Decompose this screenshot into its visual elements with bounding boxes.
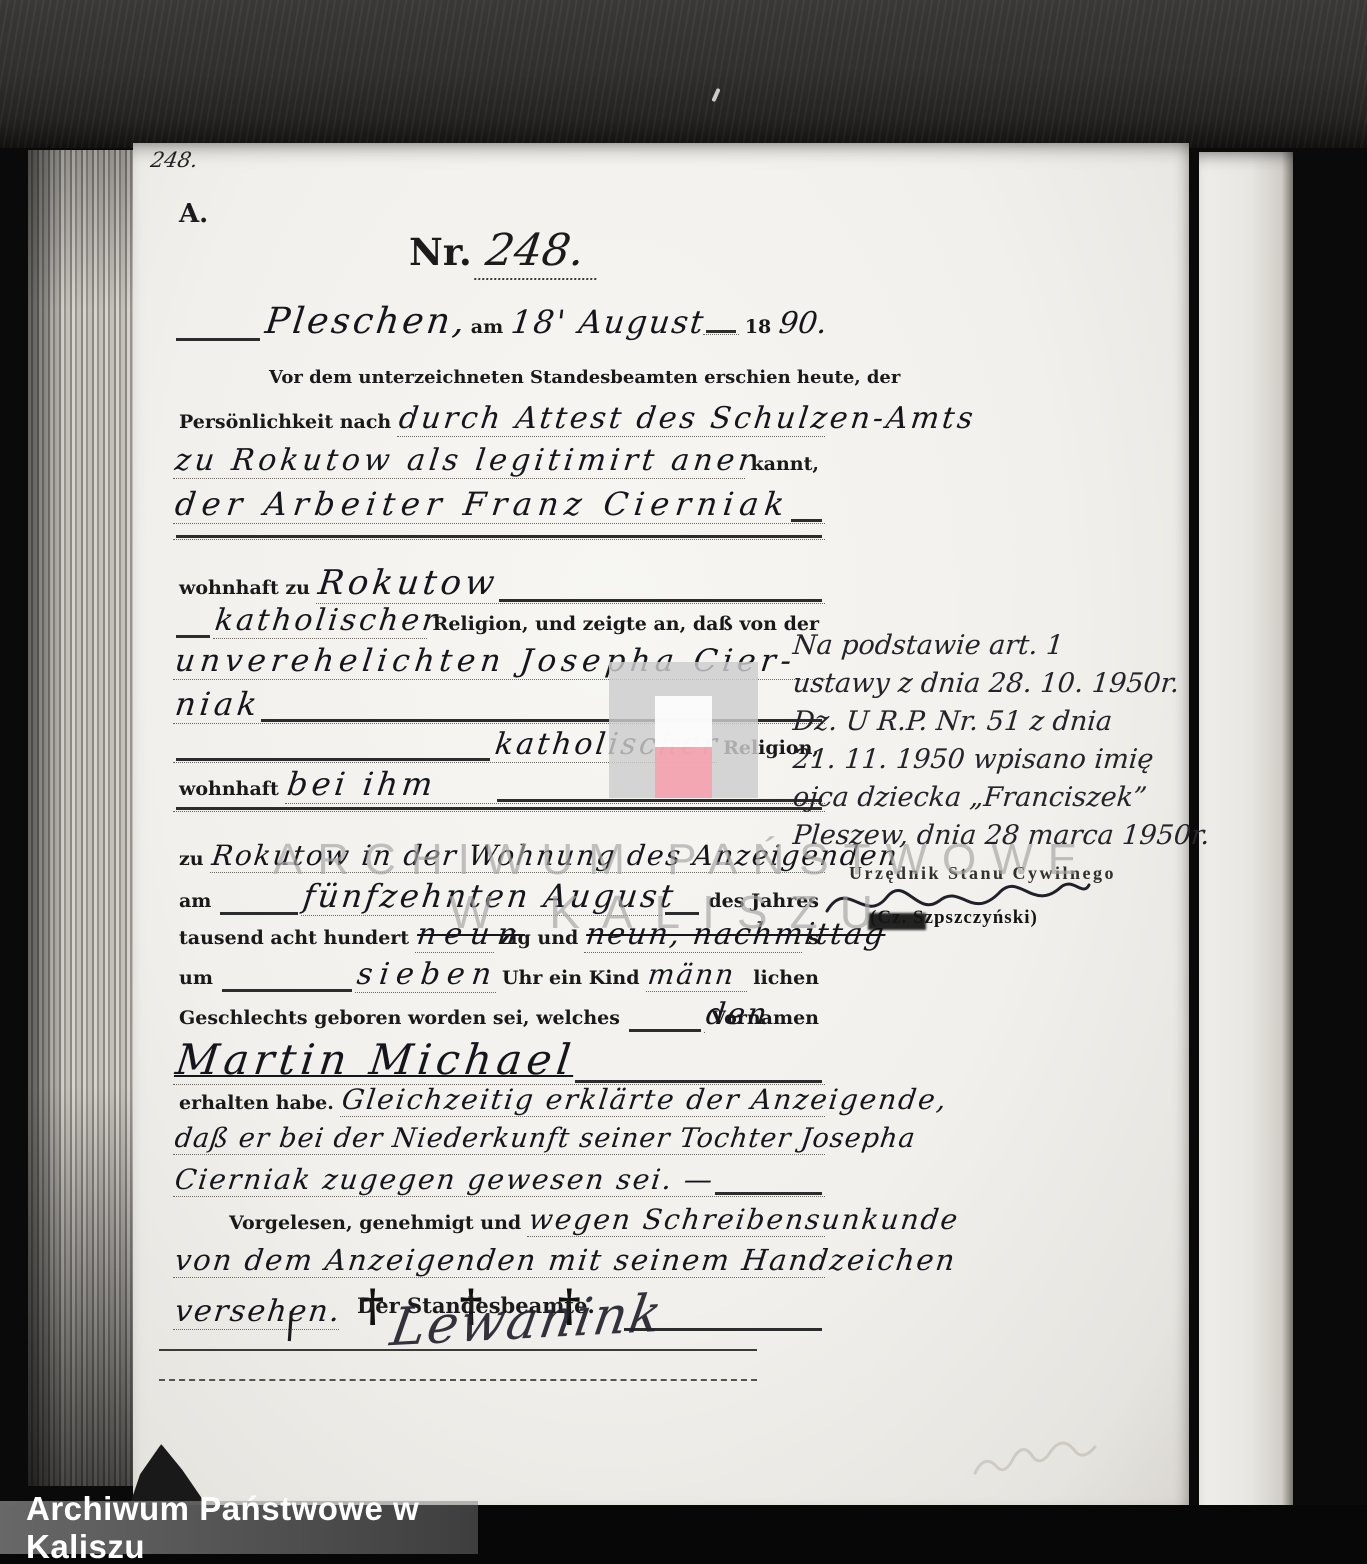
form-line-religion-1: katholischer Religion, und zeigte an, da…	[173, 603, 825, 639]
archival-photo: 248. A. Nr. 248. Pleschen, am 18' August…	[0, 0, 1367, 1564]
printed-year-18: 18	[745, 316, 771, 338]
watermark-text-line-2: W KALISZU	[449, 885, 895, 939]
printed-kannt: kannt,	[751, 453, 820, 475]
printed-zu: zu	[179, 848, 204, 870]
form-line-identity-2: zu Rokutow als legitimirt aner kannt,	[173, 443, 825, 479]
handwritten-received: Gleichzeitig erklärte der Anzeigende,	[340, 1083, 950, 1116]
official-name-stamp: (Cz. Szpszczyński)	[870, 907, 1038, 929]
form-line-intro: Vor dem unterzeichneten Standesbeamten e…	[263, 367, 915, 388]
handwritten-place: Pleschen,	[263, 301, 470, 342]
printed-residence-label: wohnhaft zu	[179, 577, 310, 599]
annotation-line: ustawy z dnia 28. 10. 1950r.	[791, 665, 1194, 703]
printed-erhalten-habe: erhalten habe.	[179, 1092, 334, 1114]
handwritten-hour: sieben	[355, 957, 500, 992]
form-line-blank-2	[173, 805, 825, 812]
blank-rule	[222, 987, 352, 992]
handwritten-declaration-2: daß er bei der Niederkunft seiner Tochte…	[173, 1123, 917, 1154]
annotation-line: Dz. U R.P. Nr. 51 z dnia	[791, 703, 1194, 741]
nr-label: Nr.	[409, 230, 472, 274]
form-line-identity: Persönlichkeit nach durch Attest des Sch…	[173, 401, 825, 437]
handwritten-religion-1: katholischer	[213, 603, 442, 638]
form-line-closing-2: von dem Anzeigenden mit seinem Handzeich…	[173, 1243, 825, 1278]
handwritten-den: den	[704, 997, 771, 1032]
form-line-declarant: der Arbeiter Franz Cierniak	[173, 485, 825, 524]
blank-rule	[176, 756, 490, 761]
archive-caption-text: Archiwum Państwowe w Kaliszu	[26, 1490, 478, 1564]
stray-pen-tick: |	[284, 1307, 297, 1343]
printed-residence-2-label: wohnhaft	[179, 778, 279, 800]
printed-am-2: am	[179, 890, 211, 912]
handwritten-identity: durch Attest des Schulzen-Amts	[397, 401, 978, 436]
handwritten-mother-2: niak	[173, 685, 263, 723]
handwritten-identity-2: zu Rokutow als legitimirt aner	[173, 443, 759, 478]
annotation-line: 21. 11. 1950 wpisano imię	[791, 741, 1194, 779]
printed-vorgelesen: Vorgelesen, genehmigt und	[229, 1212, 521, 1234]
book-cover-background	[0, 0, 1367, 148]
handwritten-residence-2: bei ihm	[285, 765, 439, 803]
printed-religion-1: Religion, und zeigte an, daß von der	[433, 613, 819, 635]
printed-lichen: lichen	[753, 967, 819, 989]
handwritten-date: 18' August	[509, 303, 707, 341]
section-label: A.	[179, 199, 208, 229]
form-line-declaration-2: daß er bei der Niederkunft seiner Tochte…	[173, 1123, 825, 1155]
handwritten-residence: Rokutow	[316, 563, 501, 603]
handwritten-declaration-3: Cierniak zugegen gewesen sei. —	[173, 1163, 716, 1196]
form-line-child-name: Martin Michael	[173, 1035, 825, 1085]
annotation-line: ojca dziecka „Franciszek”	[791, 779, 1194, 817]
archive-caption-bar: Archiwum Państwowe w Kaliszu	[0, 1501, 478, 1554]
watermark-text-line-1: ARCHIWUM PAŃSTWOWE	[273, 835, 1092, 885]
marginal-annotation-1950: Na podstawie art. 1 ustawy z dnia 28. 10…	[793, 627, 1193, 855]
handwritten-declarant: der Arbeiter Franz Cierniak	[173, 485, 792, 523]
form-line-received: erhalten habe. Gleichzeitig erklärte der…	[173, 1083, 825, 1117]
archive-logo-watermark	[609, 662, 758, 798]
signature-rule-2	[159, 1379, 757, 1381]
form-line-blank-1	[173, 533, 825, 540]
printed-um: um	[179, 967, 213, 989]
handwritten-closing-2: von dem Anzeigenden mit seinem Handzeich…	[173, 1243, 959, 1277]
blank-rule	[629, 1027, 701, 1032]
printed-identity-label: Persönlichkeit nach	[179, 411, 391, 433]
form-line-residence: wohnhaft zu Rokutow	[173, 563, 825, 604]
printed-tausend: tausend acht hundert	[179, 927, 409, 949]
form-line-declaration-3: Cierniak zugegen gewesen sei. —	[173, 1163, 825, 1197]
handwritten-child-name: Martin Michael	[173, 1035, 578, 1084]
printed-am: am	[471, 316, 503, 338]
blank-rule	[176, 633, 210, 638]
blank-rule	[499, 597, 822, 602]
blank-rule	[715, 1190, 822, 1195]
blank-rule	[706, 328, 736, 333]
blank-rule	[176, 336, 260, 341]
nr-value-handwritten: 248.	[474, 225, 604, 280]
handwritten-year-90: 90.	[777, 306, 829, 341]
form-line-sex: Geschlechts geboren worden sei, welches …	[173, 997, 825, 1033]
handwritten-versehen: versehen.	[173, 1294, 343, 1329]
handwritten-closing-1: wegen Schreibensunkunde	[527, 1203, 961, 1236]
register-page: 248. A. Nr. 248. Pleschen, am 18' August…	[133, 143, 1189, 1505]
blank-rule	[176, 533, 822, 538]
blank-rule	[791, 517, 822, 522]
form-line-place-date: Pleschen, am 18' August 18 90.	[173, 301, 825, 342]
archive-logo-pink-square	[655, 747, 712, 798]
handwritten-gender: männ	[646, 958, 737, 991]
annotation-line: Na podstawie art. 1	[791, 627, 1194, 665]
facing-page-edge	[1199, 152, 1293, 1512]
printed-uhr-ein-kind: Uhr ein Kind	[502, 967, 640, 989]
printed-geschlechts: Geschlechts geboren worden sei, welches	[179, 1007, 620, 1029]
archive-logo-white-notch	[655, 696, 712, 747]
printed-intro: Vor dem unterzeichneten Standesbeamten e…	[269, 367, 900, 388]
page-edges-left	[28, 150, 134, 1486]
blank-rule	[176, 805, 822, 810]
record-number-line: Nr. 248.	[409, 225, 600, 280]
form-line-hour: um sieben Uhr ein Kind männ lichen	[173, 957, 825, 993]
blank-rule	[220, 910, 298, 915]
corner-page-number: 248.	[149, 148, 200, 172]
faint-pencil-marks	[971, 1431, 1103, 1487]
form-line-closing-1: Vorgelesen, genehmigt und wegen Schreibe…	[173, 1203, 825, 1237]
